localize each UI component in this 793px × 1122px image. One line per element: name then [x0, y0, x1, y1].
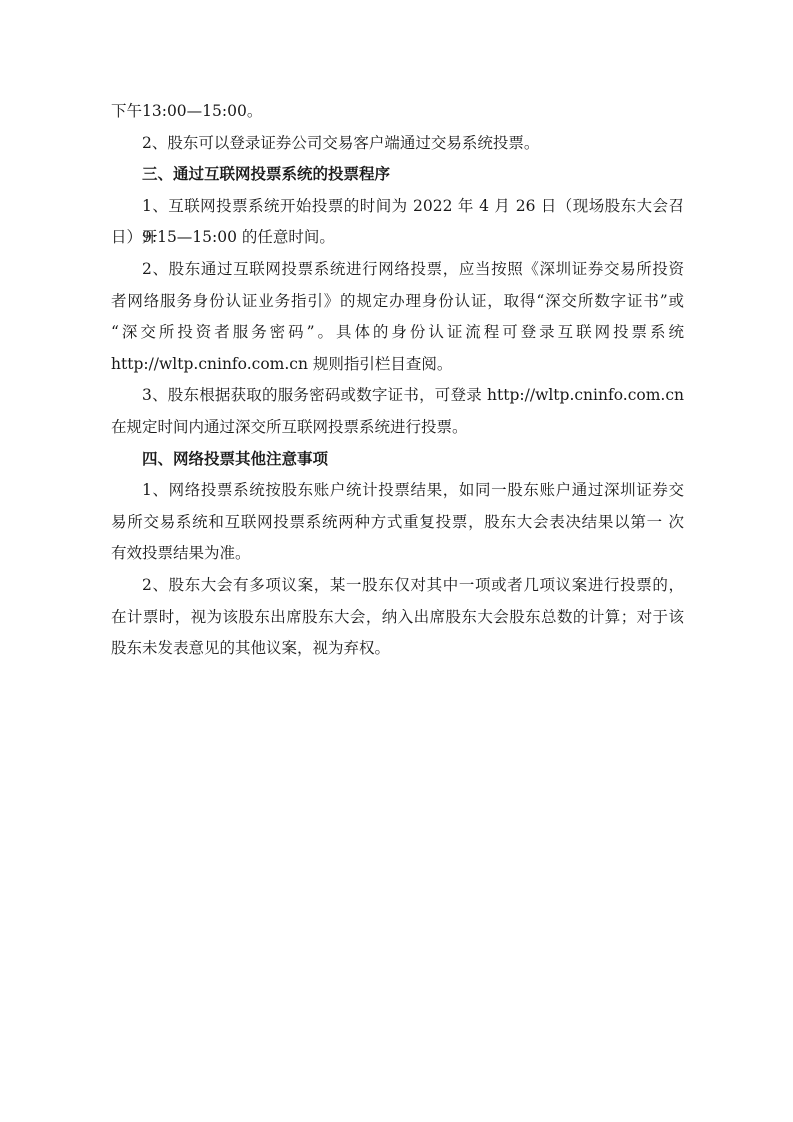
text-line-duplicate-vote-1: 1、网络投票系统按股东账户统计投票结果，如同一股东账户通过深圳证券交 [111, 475, 684, 507]
text-line-identity-auth-2: 者网络服务身份认证业务指引》的规定办理身份认证，取得“深交所数字证书”或 [111, 286, 684, 318]
text-line-identity-auth-link: http://wltp.cninfo.com.cn 规则指引栏目查阅。 [111, 349, 684, 381]
text-line-duplicate-vote-3: 有效投票结果为准。 [111, 538, 684, 570]
text-line-login-voting-2: 在规定时间内通过深交所互联网投票系统进行投票。 [111, 412, 684, 444]
text-line-login-voting-1: 3、股东根据获取的服务密码或数字证书，可登录 http://wltp.cninf… [111, 380, 684, 412]
text-line-partial-vote-3: 股东未发表意见的其他议案，视为弃权。 [111, 633, 684, 665]
section-heading-internet-voting: 三、通过互联网投票系统的投票程序 [111, 159, 684, 191]
text-line-internet-voting-start: 1、互联网投票系统开始投票的时间为 2022 年 4 月 26 日（现场股东大会… [111, 191, 684, 223]
document-page: 下午13:00—15:00。 2、股东可以登录证券公司交易客户端通过交易系统投票… [111, 96, 684, 665]
text-line-identity-auth-3: “深交所投资者服务密码”。具体的身份认证流程可登录互联网投票系统 [111, 317, 684, 349]
text-line-internet-voting-time: 日）9:15—15:00 的任意时间。 [111, 222, 684, 254]
text-line-duplicate-vote-2: 易所交易系统和互联网投票系统两种方式重复投票，股东大会表决结果以第一 次 [111, 507, 684, 539]
text-line-partial-vote-1: 2、股东大会有多项议案，某一股东仅对其中一项或者几项议案进行投票的， [111, 570, 684, 602]
text-line-afternoon-time: 下午13:00—15:00。 [111, 96, 684, 128]
text-line-identity-auth-1: 2、股东通过互联网投票系统进行网络投票，应当按照《深圳证券交易所投资 [111, 254, 684, 286]
text-line-partial-vote-2: 在计票时，视为该股东出席股东大会，纳入出席股东大会股东总数的计算；对于该 [111, 602, 684, 634]
text-line-trading-client-voting: 2、股东可以登录证券公司交易客户端通过交易系统投票。 [111, 128, 684, 160]
section-heading-other-notes: 四、网络投票其他注意事项 [111, 444, 684, 476]
